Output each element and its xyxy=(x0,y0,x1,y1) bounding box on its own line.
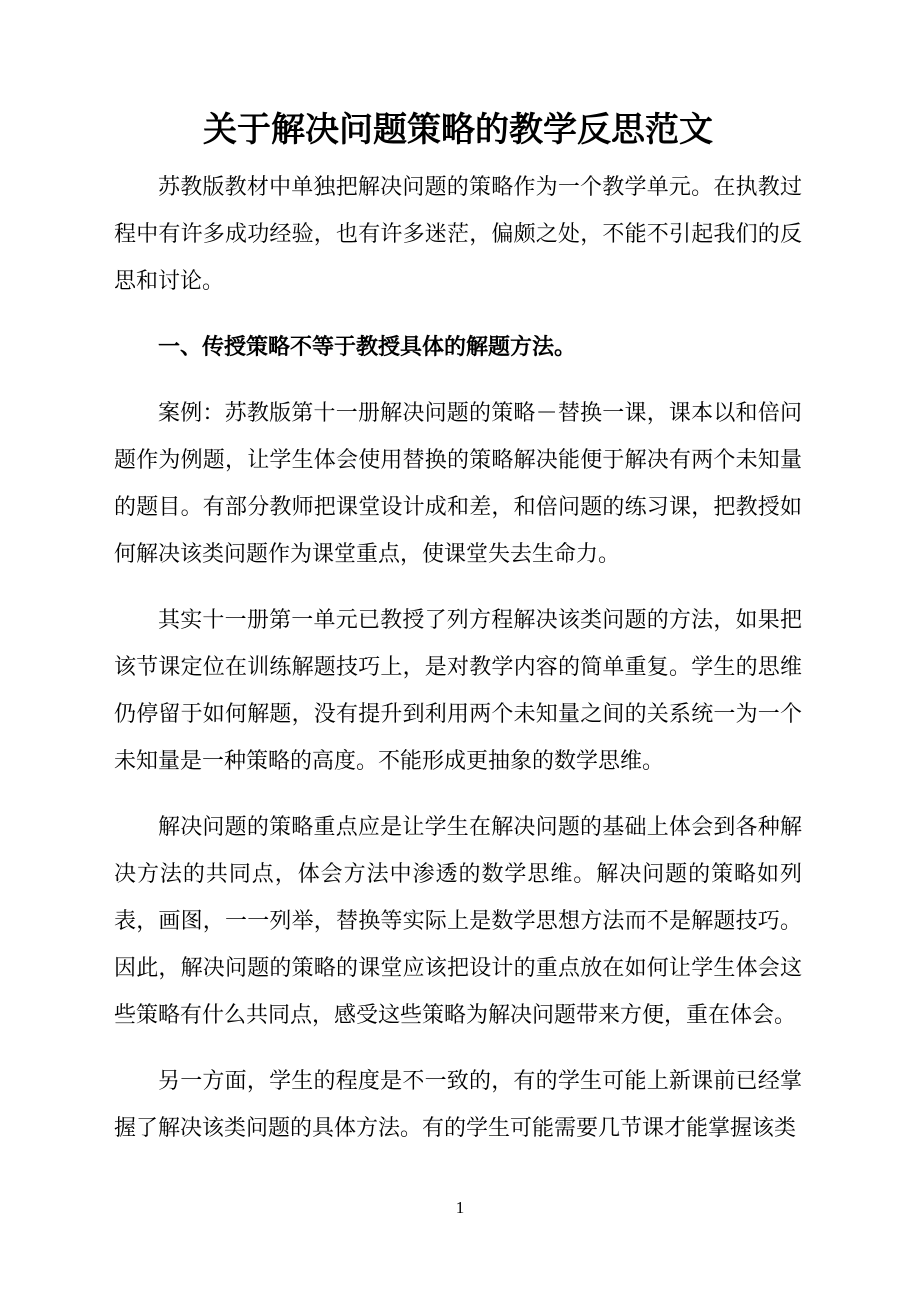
page-number: 1 xyxy=(456,1198,465,1217)
paragraph-intro: 苏教版教材中单独把解决问题的策略作为一个教学单元。在执教过程中有许多成功经验，也… xyxy=(114,163,802,304)
document-page: 关于解决问题策略的教学反思范文 苏教版教材中单独把解决问题的策略作为一个教学单元… xyxy=(0,0,920,1302)
paragraph-strategy-focus: 解决问题的策略重点应是让学生在解决问题的基础上体会到各种解决方法的共同点，体会方… xyxy=(114,803,802,1038)
document-content: 关于解决问题策略的教学反思范文 苏教版教材中单独把解决问题的策略作为一个教学单元… xyxy=(114,0,802,1151)
paragraph-analysis: 其实十一册第一单元已教授了列方程解决该类问题的方法，如果把该节课定位在训练解题技… xyxy=(114,596,802,784)
page-footer: 1 xyxy=(0,1196,920,1220)
section-heading-1: 一、传授策略不等于教授具体的解题方法。 xyxy=(114,323,802,370)
document-title: 关于解决问题策略的教学反思范文 xyxy=(114,106,802,154)
paragraph-case-example: 案例：苏教版第十一册解决问题的策略－替换一课，课本以和倍问题作为例题，让学生体会… xyxy=(114,389,802,577)
paragraph-student-levels: 另一方面，学生的程度是不一致的，有的学生可能上新课前已经掌握了解决该类问题的具体… xyxy=(114,1057,802,1151)
